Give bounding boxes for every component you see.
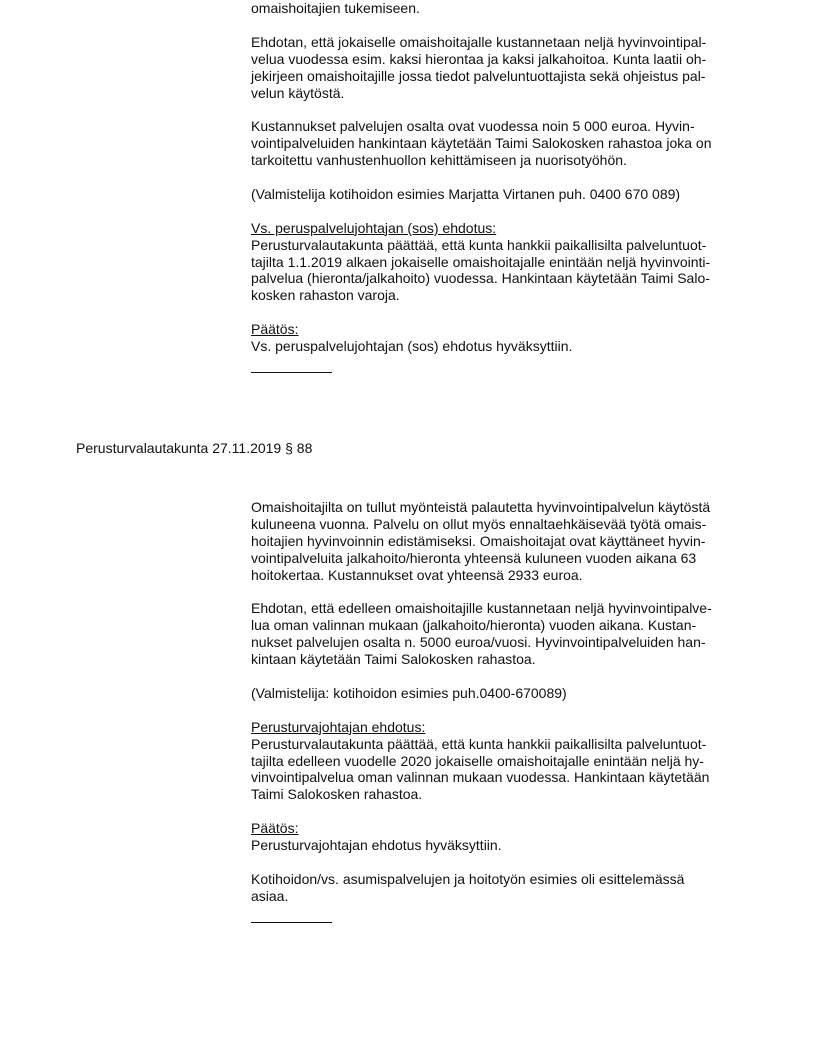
paragraph-preparer: (Valmistelija: kotihoidon esimies puh.04… bbox=[251, 685, 751, 702]
paragraph-preparer: (Valmistelija kotihoidon esimies Marjatt… bbox=[251, 186, 751, 203]
presenter-note: Kotihoidon/vs. asumispalvelujen ja hoito… bbox=[251, 871, 751, 905]
proposal-heading: Perusturvajohtajan ehdotus: bbox=[251, 719, 751, 736]
section-2: Omaishoitajilta on tullut myönteistä pal… bbox=[251, 499, 751, 923]
meeting-heading: Perusturvalautakunta 27.11.2019 § 88 bbox=[76, 440, 312, 457]
paragraph-intro-end: omaishoitajien tukemiseen. bbox=[251, 0, 751, 17]
paragraph-costs: Kustannukset palvelujen osalta ovat vuod… bbox=[251, 118, 751, 169]
proposal-block: Vs. peruspalvelujohtajan (sos) ehdotus: … bbox=[251, 220, 751, 305]
decision-block: Päätös: Vs. peruspalvelujohtajan (sos) e… bbox=[251, 321, 751, 355]
section-divider bbox=[251, 922, 332, 923]
section-divider bbox=[251, 372, 332, 373]
paragraph-proposal-text: Ehdotan, että edelleen omaishoitajille k… bbox=[251, 600, 751, 668]
proposal-block: Perusturvajohtajan ehdotus: Perusturvala… bbox=[251, 719, 751, 804]
section-1: omaishoitajien tukemiseen. Ehdotan, että… bbox=[251, 0, 751, 373]
decision-heading: Päätös: bbox=[251, 321, 751, 338]
paragraph-feedback: Omaishoitajilta on tullut myönteistä pal… bbox=[251, 499, 751, 584]
paragraph-proposal-text: Ehdotan, että jokaiselle omaishoitajalle… bbox=[251, 34, 751, 102]
decision-heading: Päätös: bbox=[251, 820, 751, 837]
decision-block: Päätös: Perusturvajohtajan ehdotus hyväk… bbox=[251, 820, 751, 854]
proposal-heading: Vs. peruspalvelujohtajan (sos) ehdotus: bbox=[251, 220, 751, 237]
